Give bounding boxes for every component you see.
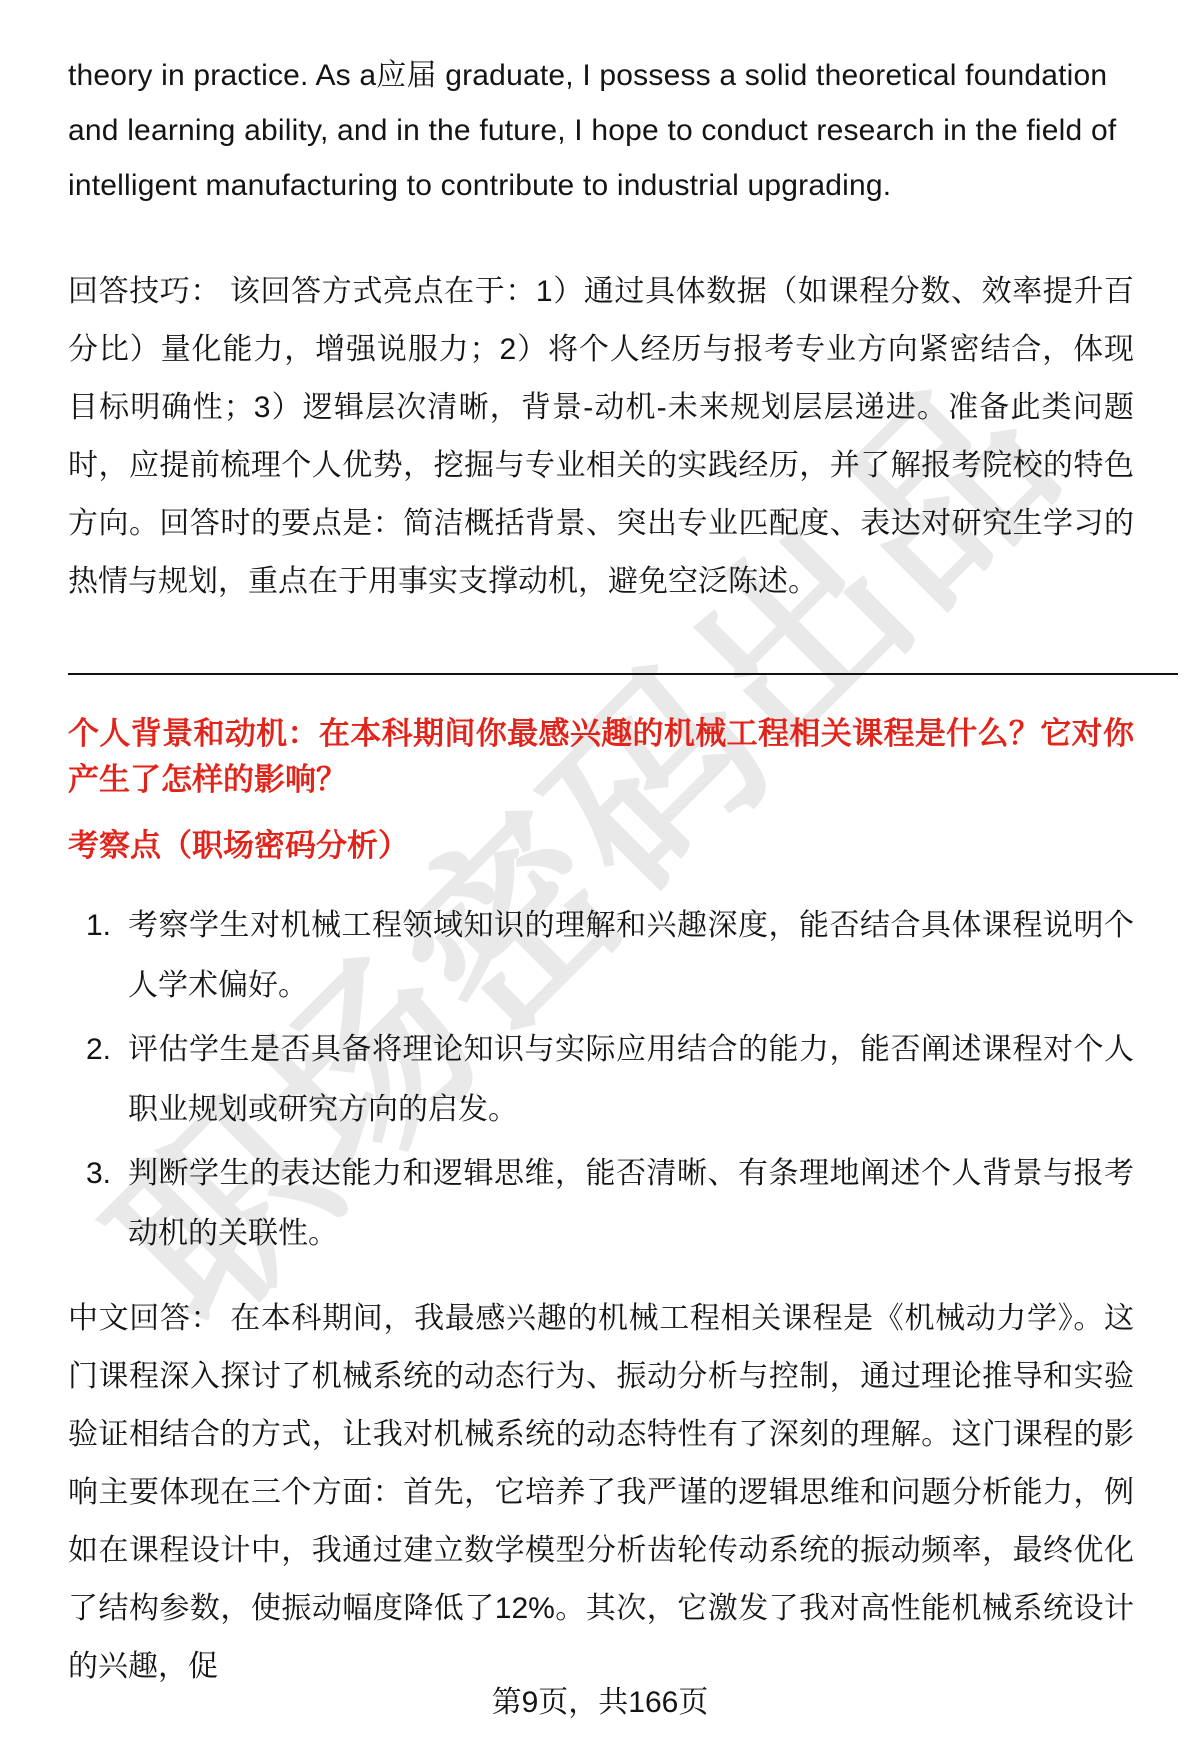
question-heading: 个人背景和动机：在本科期间你最感兴趣的机械工程相关课程是什么？它对你产生了怎样的… [68,711,1134,803]
list-item-text: 评估学生是否具备将理论知识与实际应用结合的能力，能否阐述课程对个人职业规划或研究… [128,1033,1134,1126]
chinese-answer-paragraph: 中文回答： 在本科期间，我最感兴趣的机械工程相关课程是《机械动力学》。这门课程深… [68,1290,1134,1696]
analysis-points-list: 1. 考察学生对机械工程领域知识的理解和兴趣深度，能否结合具体课程说明个人学术偏… [68,896,1134,1264]
list-item-text: 考察学生对机械工程领域知识的理解和兴趣深度，能否结合具体课程说明个人学术偏好。 [128,909,1134,1002]
page-content: theory in practice. As a应届 graduate, I p… [68,0,1134,1696]
page-number-footer: 第9页，共166页 [0,1686,1200,1720]
english-answer-paragraph: theory in practice. As a应届 graduate, I p… [68,48,1134,213]
list-item-number: 2. [86,1020,111,1080]
analysis-point-item: 2. 评估学生是否具备将理论知识与实际应用结合的能力，能否阐述课程对个人职业规划… [68,1020,1134,1140]
section-divider [68,673,1178,675]
analysis-point-item: 1. 考察学生对机械工程领域知识的理解和兴趣深度，能否结合具体课程说明个人学术偏… [68,896,1134,1016]
answer-tips-paragraph: 回答技巧： 该回答方式亮点在于：1）通过具体数据（如课程分数、效率提升百分比）量… [68,263,1134,611]
document-page: 职场密码出品 theory in practice. As a应届 gradua… [0,0,1200,1755]
list-item-number: 3. [86,1144,111,1204]
analysis-heading: 考察点（职场密码分析） [68,824,1134,868]
list-item-number: 1. [86,896,111,956]
list-item-text: 判断学生的表达能力和逻辑思维，能否清晰、有条理地阐述个人背景与报考动机的关联性。 [128,1157,1134,1250]
analysis-point-item: 3. 判断学生的表达能力和逻辑思维，能否清晰、有条理地阐述个人背景与报考动机的关… [68,1144,1134,1264]
